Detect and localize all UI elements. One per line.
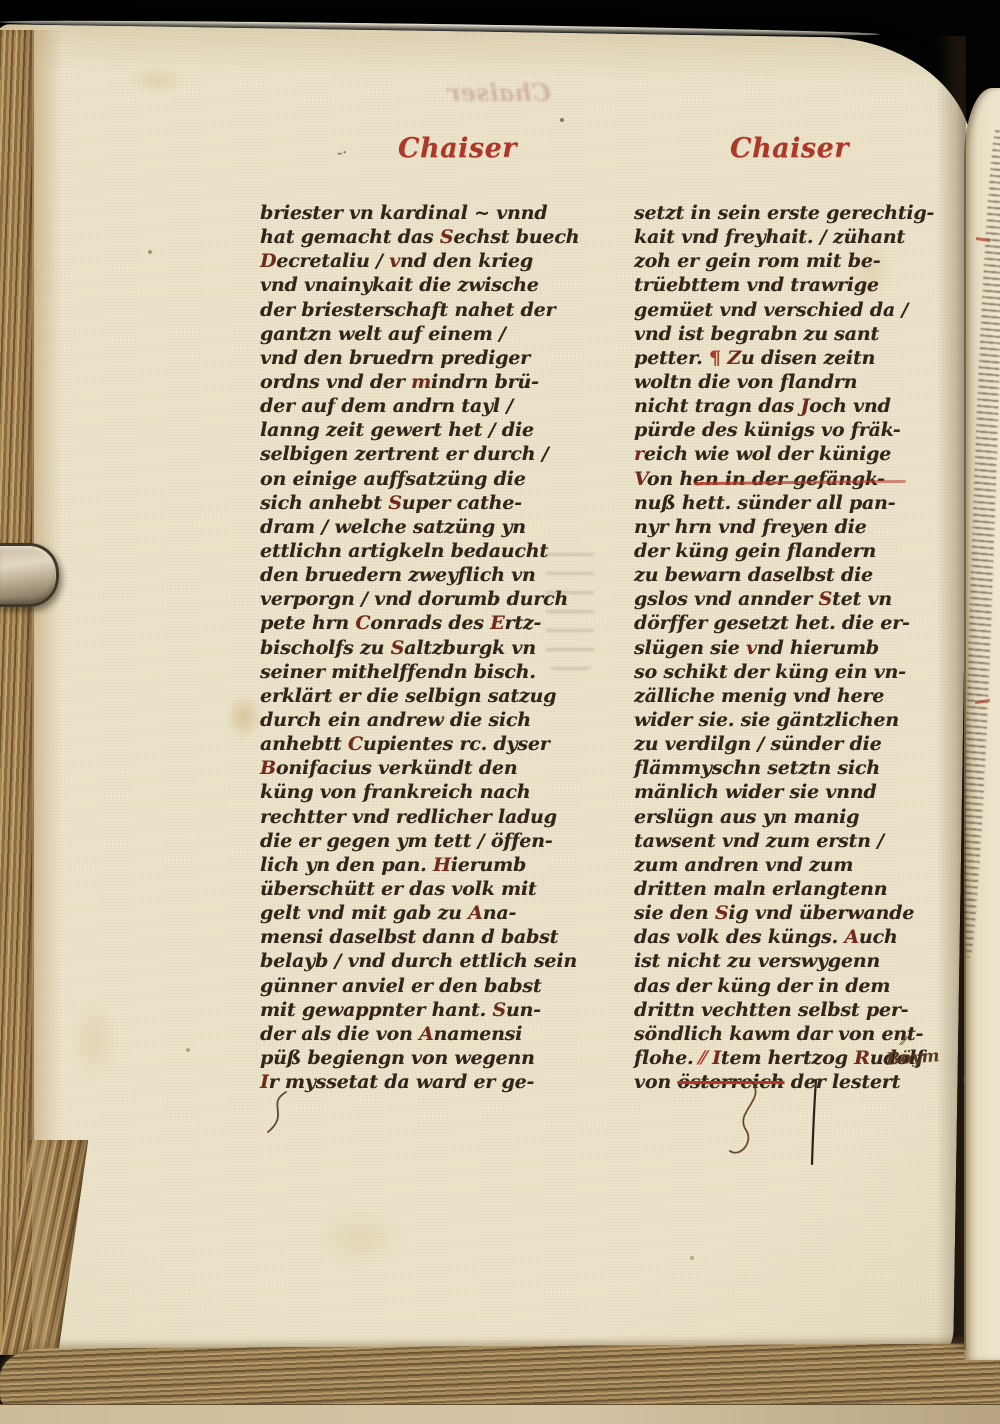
- book-page-edges-bottom: [0, 1343, 1000, 1410]
- text-line: reich wie wol der künige: [634, 442, 946, 466]
- text-line: belayb / vnd durch ettlich sein: [260, 949, 572, 973]
- text-line: slügen sie vnd hierumb: [634, 636, 946, 660]
- text-line: durch ein andrew die sich: [260, 708, 572, 732]
- text-line: ettlichn artigkeln bedaucht: [260, 539, 572, 563]
- running-title-right: Chaiser: [730, 133, 849, 164]
- ink-speck: [560, 118, 564, 122]
- text-line: der briesterschaft nahet der: [260, 298, 572, 322]
- text-column-left: briester vn kardinal ~ vnndhat gemacht d…: [260, 201, 572, 1094]
- text-line: zum andren vnd zum: [634, 853, 946, 877]
- text-line: petter. ¶ Zu disen zeitn: [634, 346, 946, 370]
- text-line: flämmyschn setztn sich: [634, 756, 946, 780]
- text-line: lanng zeit gewert het / die: [260, 418, 572, 442]
- text-line: vnd vnainykait die zwische: [260, 273, 572, 297]
- gutter-shadow: [936, 36, 966, 1350]
- text-line: verporgn / vnd dorumb durch: [260, 587, 572, 611]
- text-line: Von hen in der gefängk-: [634, 467, 946, 491]
- text-line: dörffer gesetzt het. die er-: [634, 611, 946, 635]
- text-line: ist nicht zu verswygenn: [634, 949, 946, 973]
- text-line: anhebtt Cupientes rc. dyser: [260, 732, 572, 756]
- text-line: selbigen zertrent er durch /: [260, 442, 572, 466]
- text-line: erklärt er die selbign satzug: [260, 684, 572, 708]
- text-line: zu verdilgn / sünder die: [634, 732, 946, 756]
- ink-speck: [186, 1048, 190, 1052]
- text-line: der als die von Anamensi: [260, 1022, 572, 1046]
- book-page-edges-bottom-outer: [0, 1404, 1000, 1424]
- text-line: tawsent vnd zum erstn /: [634, 829, 946, 853]
- text-line: vnd den bruedrn prediger: [260, 346, 572, 370]
- text-line: nicht tragn das Joch vnd: [634, 394, 946, 418]
- text-line: zu bewarn daselbst die: [634, 563, 946, 587]
- text-line: vnd ist begrabn zu sant: [634, 322, 946, 346]
- text-line: mensi daselbst dann d babst: [260, 925, 572, 949]
- text-line: der auf dem andrn tayl /: [260, 394, 572, 418]
- text-line: gemüet vnd verschied da /: [634, 298, 946, 322]
- text-line: nyr hrn vnd freyen die: [634, 515, 946, 539]
- text-line: wider sie. sie gäntzlichen: [634, 708, 946, 732]
- text-line: erslügn aus yn manig: [634, 805, 946, 829]
- text-line: seiner mithelffendn bisch.: [260, 660, 572, 684]
- text-line: küng von frankreich nach: [260, 780, 572, 804]
- text-line: das der küng der in dem: [634, 974, 946, 998]
- text-line: püß begiengn von wegenn: [260, 1046, 572, 1070]
- text-line: gslos vnd annder Stet vn: [634, 587, 946, 611]
- text-line: dritten maln erlangtenn: [634, 877, 946, 901]
- text-line: den bruedern zweyflich vn: [260, 563, 572, 587]
- text-line: dram / welche satzüng yn: [260, 515, 572, 539]
- text-line: pürde des künigs vo fräk-: [634, 418, 946, 442]
- text-line: pete hrn Conrads des Ertz-: [260, 611, 572, 635]
- margin-note: ⁄⁄ Böym: [886, 1034, 940, 1068]
- text-column-right: setzt in sein erste gerechtig-kait vnd f…: [634, 201, 946, 1094]
- manuscript-photo: Chaiser -· Chaiser Chaiser briester vn k…: [0, 0, 1000, 1424]
- showthrough-header: Chaiser: [448, 78, 551, 107]
- pen-flourish-left: [256, 1090, 326, 1140]
- text-line: mänlich wider sie vnnd: [634, 780, 946, 804]
- text-line: kait vnd freyhait. / zühant: [634, 225, 946, 249]
- text-line: hat gemacht das Sechst buech: [260, 225, 572, 249]
- ink-speck: [148, 250, 152, 254]
- text-line: Decretaliu / vnd den krieg: [260, 249, 572, 273]
- text-line: ordns vnd der mindrn brü-: [260, 370, 572, 394]
- text-line: der küng gein flandern: [634, 539, 946, 563]
- text-line: mit gewappnter hant. Sun-: [260, 998, 572, 1022]
- text-line: sich anhebt Super cathe-: [260, 491, 572, 515]
- text-line: woltn die von flandrn: [634, 370, 946, 394]
- text-line: sie den Sig vnd überwande: [634, 901, 946, 925]
- text-line: zoh er gein rom mit be-: [634, 249, 946, 273]
- text-line: die er gegen ym tett / öffen-: [260, 829, 572, 853]
- text-line: so schikt der küng ein vn-: [634, 660, 946, 684]
- text-line: rechtter vnd redlicher ladug: [260, 805, 572, 829]
- text-line: das volk des küngs. Auch: [634, 925, 946, 949]
- running-title-left: Chaiser: [398, 133, 517, 164]
- fore-edge-shadow: [32, 30, 62, 1352]
- ink-speck: [690, 1256, 694, 1260]
- text-line: setzt in sein erste gerechtig-: [634, 201, 946, 225]
- header-margin-mark: -·: [337, 146, 347, 161]
- text-line: on einige auffsatzüng die: [260, 467, 572, 491]
- pen-flourish-right: [700, 1078, 880, 1178]
- text-line: bischolfs zu Saltzburgk vn: [260, 636, 572, 660]
- text-line: zälliche menig vnd here: [634, 684, 946, 708]
- text-line: drittn vechtten selbst per-: [634, 998, 946, 1022]
- text-line: trüebttem vnd trawrige: [634, 273, 946, 297]
- text-line: günner anviel er den babst: [260, 974, 572, 998]
- text-line: Bonifacius verkündt den: [260, 756, 572, 780]
- text-line: briester vn kardinal ~ vnnd: [260, 201, 572, 225]
- text-line: gantzn welt auf einem /: [260, 322, 572, 346]
- text-line: nuß hett. sünder all pan-: [634, 491, 946, 515]
- book-clasp: [0, 543, 59, 607]
- text-line: überschütt er das volk mit: [260, 877, 572, 901]
- margin-note-text: Böym: [885, 1046, 940, 1070]
- text-line: lich yn den pan. Hierumb: [260, 853, 572, 877]
- text-line: gelt vnd mit gab zu Ana-: [260, 901, 572, 925]
